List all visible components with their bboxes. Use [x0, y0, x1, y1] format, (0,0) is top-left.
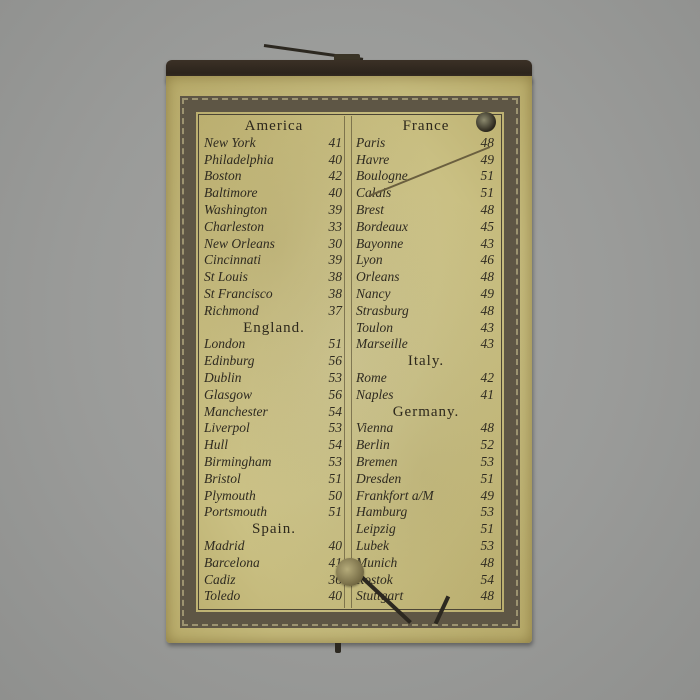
city-row: Naples41 [356, 387, 496, 404]
city-row: Bremen53 [356, 454, 496, 471]
latitude-value: 51 [481, 185, 497, 202]
latitude-value: 48 [481, 588, 497, 605]
city-name: Edinburg [204, 353, 255, 370]
city-row: Edinburg56 [204, 353, 344, 370]
latitude-value: 40 [329, 185, 345, 202]
city-name: Toulon [356, 320, 393, 337]
latitude-value: 38 [329, 286, 345, 303]
city-row: Strasburg48 [356, 303, 496, 320]
city-name: Liverpol [204, 420, 250, 437]
latitude-value: 30 [329, 236, 345, 253]
latitude-value: 51 [329, 336, 345, 353]
city-row: Vienna48 [356, 420, 496, 437]
latitude-value: 37 [329, 303, 345, 320]
city-name: Bordeaux [356, 219, 408, 236]
latitude-value: 53 [481, 504, 497, 521]
section-heading: France [356, 118, 496, 135]
latitude-value: 56 [329, 353, 345, 370]
city-name: Portsmouth [204, 504, 267, 521]
city-name: Manchester [204, 404, 268, 421]
city-name: Plymouth [204, 488, 256, 505]
latitude-value: 41 [481, 387, 497, 404]
city-row: Liverpol53 [204, 420, 344, 437]
latitude-value: 40 [329, 538, 345, 555]
city-name: New York [204, 135, 256, 152]
latitude-value: 43 [481, 236, 497, 253]
city-row: New Orleans30 [204, 236, 344, 253]
city-name: Cincinnati [204, 252, 261, 269]
city-row: Manchester54 [204, 404, 344, 421]
latitude-value: 40 [329, 588, 345, 605]
city-row: Portsmouth51 [204, 504, 344, 521]
city-name: Barcelona [204, 555, 260, 572]
city-name: Richmond [204, 303, 259, 320]
city-row: Bayonne43 [356, 236, 496, 253]
latitude-value: 49 [481, 152, 497, 169]
latitude-value: 43 [481, 336, 497, 353]
latitude-value: 38 [329, 269, 345, 286]
latitude-value: 53 [329, 420, 345, 437]
latitude-value: 51 [329, 504, 345, 521]
city-row: Hull54 [204, 437, 344, 454]
city-row: Glasgow56 [204, 387, 344, 404]
latitude-value: 39 [329, 252, 345, 269]
city-name: Lubek [356, 538, 389, 555]
latitude-value: 48 [481, 269, 497, 286]
left-column: America New York41Philadelphia40Boston42… [204, 118, 344, 605]
center-divider [344, 116, 352, 608]
city-name: Philadelphia [204, 152, 274, 169]
city-row: Toulon43 [356, 320, 496, 337]
photograph: America New York41Philadelphia40Boston42… [0, 0, 700, 700]
city-name: Baltimore [204, 185, 258, 202]
city-row: St Louis38 [204, 269, 344, 286]
city-row: Paris48 [356, 135, 496, 152]
city-row: Frankfort a/M49 [356, 488, 496, 505]
city-name: Dublin [204, 370, 242, 387]
latitude-value: 42 [481, 370, 497, 387]
city-row: Bordeaux45 [356, 219, 496, 236]
latitude-value: 53 [329, 370, 345, 387]
latitude-value: 56 [329, 387, 345, 404]
city-name: Berlin [356, 437, 390, 454]
city-name: Orleans [356, 269, 400, 286]
city-name: Nancy [356, 286, 391, 303]
latitude-value: 54 [481, 572, 497, 589]
city-row: Dresden51 [356, 471, 496, 488]
section-heading: Spain. [204, 521, 344, 538]
latitude-value: 52 [481, 437, 497, 454]
latitude-value: 49 [481, 286, 497, 303]
section-heading: Italy. [356, 353, 496, 370]
city-row: Charleston33 [204, 219, 344, 236]
latitude-value: 39 [329, 202, 345, 219]
city-name: Vienna [356, 420, 393, 437]
city-row: Plymouth50 [204, 488, 344, 505]
latitude-value: 51 [481, 521, 497, 538]
city-name: Bremen [356, 454, 397, 471]
city-row: Orleans48 [356, 269, 496, 286]
string-pin [476, 112, 496, 132]
latitude-value: 51 [481, 471, 497, 488]
section-heading: England. [204, 320, 344, 337]
city-name: Havre [356, 152, 389, 169]
city-name: Glasgow [204, 387, 252, 404]
city-row: Washington39 [204, 202, 344, 219]
city-name: Hamburg [356, 504, 407, 521]
city-name: Paris [356, 135, 385, 152]
latitude-value: 42 [329, 168, 345, 185]
city-name: Lyon [356, 252, 383, 269]
city-name: Frankfort a/M [356, 488, 434, 505]
city-row: Richmond37 [204, 303, 344, 320]
latitude-value: 48 [481, 303, 497, 320]
city-row: Baltimore40 [204, 185, 344, 202]
city-name: Brest [356, 202, 384, 219]
latitude-value: 33 [329, 219, 345, 236]
city-name: Hull [204, 437, 228, 454]
latitude-value: 48 [481, 202, 497, 219]
city-name: New Orleans [204, 236, 275, 253]
city-row: Rostok54 [356, 572, 496, 589]
city-row: Berlin52 [356, 437, 496, 454]
city-row: New York41 [204, 135, 344, 152]
city-name: Dresden [356, 471, 401, 488]
latitude-value: 48 [481, 555, 497, 572]
city-row: Leipzig51 [356, 521, 496, 538]
city-row: Hamburg53 [356, 504, 496, 521]
latitude-value: 51 [329, 471, 345, 488]
city-row: Toledo40 [204, 588, 344, 605]
latitude-value: 45 [481, 219, 497, 236]
city-row: Cadiz36 [204, 572, 344, 589]
latitude-value: 43 [481, 320, 497, 337]
latitude-value: 48 [481, 420, 497, 437]
city-name: Strasburg [356, 303, 409, 320]
city-row: London51 [204, 336, 344, 353]
city-name: Naples [356, 387, 394, 404]
latitude-value: 53 [481, 538, 497, 555]
city-row: Madrid40 [204, 538, 344, 555]
city-row: Barcelona41 [204, 555, 344, 572]
city-row: Bristol51 [204, 471, 344, 488]
section-heading: America [204, 118, 344, 135]
latitude-value: 41 [329, 135, 345, 152]
latitude-value: 50 [329, 488, 345, 505]
latitude-table: America New York41Philadelphia40Boston42… [200, 116, 500, 608]
latitude-value: 49 [481, 488, 497, 505]
latitude-value: 51 [481, 168, 497, 185]
latitude-value: 54 [329, 437, 345, 454]
city-row: Brest48 [356, 202, 496, 219]
brass-pivot [336, 558, 364, 586]
city-name: Toledo [204, 588, 240, 605]
city-name: Boston [204, 168, 242, 185]
city-name: Birmingham [204, 454, 272, 471]
city-row: Nancy49 [356, 286, 496, 303]
city-name: Charleston [204, 219, 264, 236]
city-row: Cincinnati39 [204, 252, 344, 269]
city-name: St Louis [204, 269, 248, 286]
city-name: Leipzig [356, 521, 396, 538]
city-row: Birmingham53 [204, 454, 344, 471]
latitude-value: 54 [329, 404, 345, 421]
city-name: Marseille [356, 336, 408, 353]
city-name: St Francisco [204, 286, 273, 303]
latitude-value: 53 [329, 454, 345, 471]
city-name: Bristol [204, 471, 241, 488]
latitude-value: 53 [481, 454, 497, 471]
city-row: Munich48 [356, 555, 496, 572]
city-name: Rome [356, 370, 387, 387]
bottom-tab [335, 643, 341, 653]
city-row: Dublin53 [204, 370, 344, 387]
latitude-value: 40 [329, 152, 345, 169]
section-heading: Germany. [356, 404, 496, 421]
city-row: Rome42 [356, 370, 496, 387]
city-name: Bayonne [356, 236, 403, 253]
latitude-value: 46 [481, 252, 497, 269]
city-row: Lubek53 [356, 538, 496, 555]
city-name: Madrid [204, 538, 245, 555]
city-row: Philadelphia40 [204, 152, 344, 169]
city-name: Cadiz [204, 572, 236, 589]
city-row: Lyon46 [356, 252, 496, 269]
city-name: London [204, 336, 245, 353]
city-row: St Francisco38 [204, 286, 344, 303]
city-row: Boston42 [204, 168, 344, 185]
city-row: Marseille43 [356, 336, 496, 353]
city-name: Washington [204, 202, 267, 219]
